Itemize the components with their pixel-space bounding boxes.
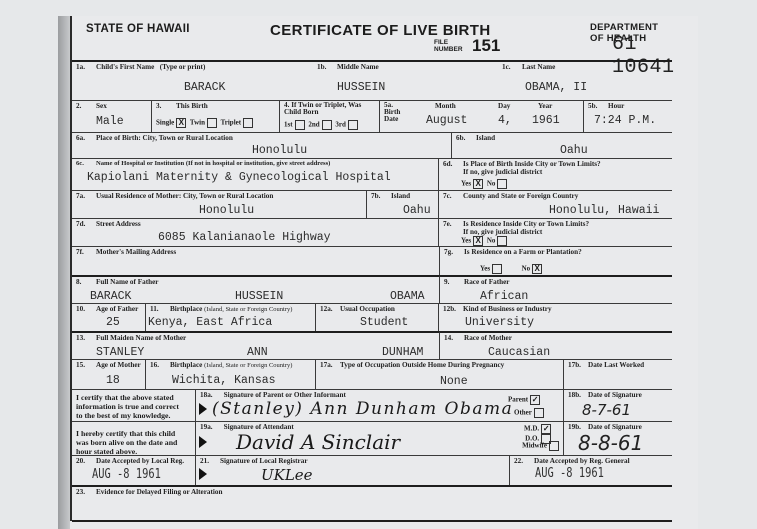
- single-checkbox[interactable]: X: [176, 118, 186, 128]
- birthplace-label: Birthplace: [170, 305, 202, 313]
- other-checkbox[interactable]: [534, 408, 544, 418]
- parent-checkbox[interactable]: ✓: [530, 395, 540, 405]
- field-number: 1a.: [76, 63, 96, 71]
- birth-date-label: Birth Date: [384, 108, 400, 123]
- father-first-name: BARACK: [90, 290, 131, 303]
- field-number: 6b.: [456, 134, 476, 142]
- delayed-filing-label: Evidence for Delayed Filing or Alteratio…: [96, 488, 223, 496]
- place-of-birth-label: Place of Birth: City, Town or Rural Loca…: [96, 134, 233, 142]
- parent-label: Parent: [508, 396, 528, 404]
- no-label: No: [487, 180, 496, 188]
- father-name-label: Full Name of Father: [96, 278, 158, 286]
- father-name-field: 8.Full Name of Father BARACK HUSSEIN OBA…: [72, 275, 439, 303]
- informant-signature-field: 18a. Signature of Parent or Other Inform…: [196, 389, 564, 421]
- field-number: 11.: [150, 305, 170, 313]
- street-address-field: 7d.Street Address 6085 Kalanianaole High…: [72, 218, 439, 246]
- informant-signature: (Stanley) Ann Dunham Obama: [212, 399, 513, 419]
- twin-label: Twin: [190, 119, 205, 127]
- middle-name-label: Middle Name: [337, 63, 379, 71]
- farm-plantation-label: Is Residence on a Farm or Plantation?: [464, 248, 582, 256]
- place-of-birth-field: 6a.Place of Birth: City, Town or Rural L…: [72, 132, 452, 158]
- father-race-field: 9.Race of Father African: [439, 275, 672, 303]
- occupation-during-pregnancy-label: Type of Occupation Outside Home During P…: [340, 361, 504, 369]
- local-reg-date-stamp: AUG -8 1961: [92, 467, 161, 482]
- field-number: 12a.: [320, 305, 340, 313]
- sex-label: Sex: [96, 102, 107, 110]
- midwife-checkbox[interactable]: [549, 441, 559, 451]
- date-last-worked-label: Date Last Worked: [588, 361, 644, 369]
- birth-hour-field: 5b.Hour 7:24 P.M.: [584, 100, 672, 132]
- child-name-row: 1a.Child's First Name (Type or print) 1b…: [72, 60, 672, 100]
- field-number: 7b.: [371, 192, 391, 200]
- field-number: 7c.: [443, 192, 463, 200]
- field-number: 7e.: [443, 220, 463, 228]
- county-state-label: County and State or Foreign Country: [463, 192, 578, 200]
- other-label: Other: [514, 409, 532, 417]
- father-last-name: OBAMA: [390, 290, 425, 303]
- birth-day: 4,: [498, 114, 512, 127]
- state-label: STATE OF HAWAII: [86, 23, 190, 35]
- informant-date-field: 18b.Date of Signature 8-7-61: [564, 389, 672, 421]
- birth-island-field: 6b.Island Oahu: [452, 132, 672, 158]
- occupation-label: Usual Occupation: [340, 305, 395, 313]
- mother-island: Oahu: [403, 204, 431, 217]
- field-number: 7f.: [76, 248, 96, 256]
- year-label: Year: [538, 102, 552, 110]
- hospital-label: Name of Hospital or Institution (If not …: [96, 160, 330, 167]
- type-or-print-note: (Type or print): [160, 63, 206, 71]
- mother-residence-city: Honolulu: [199, 204, 254, 217]
- birth-island: Oahu: [560, 144, 588, 157]
- field-number: 5b.: [588, 102, 608, 110]
- no-checkbox[interactable]: X: [532, 264, 542, 274]
- mailing-address-field: 7f.Mother's Mailing Address: [72, 246, 439, 275]
- father-birthplace-field: 11.Birthplace (Island, State or Foreign …: [146, 303, 316, 331]
- attendant-certification-text: I hereby certify that this child was bor…: [72, 421, 196, 455]
- mother-race-field: 14.Race of Mother Caucasian: [439, 331, 672, 359]
- birth-month: August: [426, 114, 467, 127]
- residence-inside-limits-field: 7e.Is Residence Inside City or Town Limi…: [439, 218, 672, 246]
- midwife-label: Midwife: [522, 442, 547, 450]
- mother-occupation: None: [440, 375, 468, 388]
- third-checkbox[interactable]: [348, 120, 358, 130]
- field-number: 19a.: [200, 423, 220, 431]
- county-state-field: 7c.County and State or Foreign Country H…: [439, 190, 672, 218]
- local-reg-date-field: 20.Date Accepted by Local Reg. AUG -8 19…: [72, 455, 196, 485]
- father-race: African: [480, 290, 528, 303]
- field-number: 7g.: [444, 248, 464, 256]
- month-label: Month: [435, 102, 456, 110]
- local-reg-date-label: Date Accepted by Local Reg.: [96, 457, 184, 465]
- mother-occupation-field: 17a.Type of Occupation Outside Home Duri…: [316, 359, 564, 389]
- date-of-signature-label: Date of Signature: [588, 423, 642, 431]
- island-label: Island: [476, 134, 495, 142]
- triplet-label: Triplet: [221, 119, 241, 127]
- child-middle-name: HUSSEIN: [337, 81, 385, 94]
- child-first-name-label: Child's First Name: [96, 63, 154, 71]
- local-registrar-signature: UKLee: [261, 466, 313, 484]
- last-name-label: Last Name: [522, 63, 555, 71]
- form-bottom-border: [72, 520, 672, 522]
- judicial-district-note: If no, give judicial district: [463, 168, 542, 176]
- birthplace-label: Birthplace: [170, 361, 202, 369]
- yes-checkbox[interactable]: X: [473, 179, 483, 189]
- father-industry-field: 12b.Kind of Business or Industry Univers…: [439, 303, 672, 331]
- signature-arrow-icon: [199, 436, 207, 448]
- sex-field: 2.Sex Male: [72, 100, 152, 132]
- mailing-address-label: Mother's Mailing Address: [96, 248, 176, 256]
- triplet-checkbox[interactable]: [243, 118, 253, 128]
- father-birthplace: Kenya, East Africa: [148, 316, 272, 329]
- judicial-district-note: If no, give judicial district: [463, 228, 542, 236]
- field-number: 8.: [76, 278, 96, 286]
- birthplace-note: (Island, State or Foreign Country): [204, 362, 292, 369]
- father-industry: University: [465, 316, 534, 329]
- farm-plantation-field: 7g.Is Residence on a Farm or Plantation?…: [439, 246, 672, 275]
- second-checkbox[interactable]: [322, 120, 332, 130]
- field-number: 20.: [76, 457, 96, 465]
- no-checkbox[interactable]: [497, 236, 507, 246]
- industry-label: Kind of Business or Industry: [463, 305, 552, 313]
- father-race-label: Race of Father: [464, 278, 510, 286]
- yes-checkbox[interactable]: X: [473, 236, 483, 246]
- county-state: Honolulu, Hawaii: [549, 204, 659, 217]
- second-label: 2nd: [308, 121, 319, 129]
- field-number: 1c.: [502, 63, 522, 71]
- attendant-signature-date: 8-8-61: [578, 431, 643, 455]
- attendant-signature-field: 19a. Signature of Attendant David A Sinc…: [196, 421, 564, 455]
- md-checkbox[interactable]: ✓: [541, 424, 551, 434]
- field-number: 18b.: [568, 391, 588, 399]
- field-number: 17a.: [320, 361, 340, 369]
- md-label: M.D.: [524, 425, 539, 433]
- child-last-name: OBAMA, II: [525, 81, 587, 94]
- mother-residence-field: 7a.Usual Residence of Mother: City, Town…: [72, 190, 367, 218]
- delayed-filing-field: 23.Evidence for Delayed Filing or Altera…: [72, 485, 672, 520]
- field-number: 16.: [150, 361, 170, 369]
- mother-race: Caucasian: [488, 346, 550, 359]
- field-number: 17b.: [568, 361, 588, 369]
- hospital-name: Kapiolani Maternity & Gynecological Hosp…: [87, 171, 391, 184]
- field-number: 1b.: [317, 63, 337, 71]
- yes-label: Yes: [461, 180, 471, 188]
- no-label: No: [522, 265, 531, 273]
- yes-label: Yes: [480, 265, 490, 273]
- field-number: 6a.: [76, 134, 96, 142]
- birth-year: 1961: [532, 114, 560, 127]
- no-checkbox[interactable]: [497, 179, 507, 189]
- field-number: 21.: [200, 457, 220, 465]
- field-number: 3.: [156, 102, 176, 110]
- mother-island-field: 7b.Island Oahu: [367, 190, 439, 218]
- this-birth-field: 3.This Birth SingleX Twin Triplet: [152, 100, 280, 132]
- child-first-name: BARACK: [184, 81, 225, 94]
- twin-order-label: If Twin or Triplet, Was Child Born: [284, 101, 361, 116]
- reg-general-date-stamp: AUG -8 1961: [535, 466, 604, 481]
- field-number: 13.: [76, 334, 96, 342]
- third-label: 3rd: [335, 121, 346, 129]
- informant-signature-label: Signature of Parent or Other Informant: [224, 391, 346, 399]
- birth-date-field: 5a. Birth Date Month Day Year August 4, …: [380, 100, 584, 132]
- file-number-label: FILE NUMBER: [434, 39, 464, 53]
- mother-last-name: DUNHAM: [382, 346, 423, 359]
- island-label: Island: [391, 192, 410, 200]
- attendant-date-field: 19b.Date of Signature 8-8-61: [564, 421, 672, 455]
- father-age-label: Age of Father: [96, 305, 138, 313]
- field-number: 9.: [444, 278, 464, 286]
- mother-race-label: Race of Mother: [464, 334, 512, 342]
- mother-birthplace: Wichita, Kansas: [172, 374, 276, 387]
- mother-age-field: 15.Age of Mother 18: [72, 359, 146, 389]
- field-number: 7d.: [76, 220, 96, 228]
- local-registrar-label: Signature of Local Registrar: [220, 457, 308, 465]
- certificate-title: CERTIFICATE OF LIVE BIRTH: [270, 22, 491, 39]
- reg-general-date-label: Date Accepted by Reg. General: [534, 457, 630, 465]
- date-last-worked-field: 17b.Date Last Worked: [564, 359, 672, 389]
- father-occupation-field: 12a.Usual Occupation Student: [316, 303, 439, 331]
- twin-order-field: 4. If Twin or Triplet, Was Child Born 1s…: [280, 100, 380, 132]
- this-birth-label: This Birth: [176, 102, 208, 110]
- first-checkbox[interactable]: [295, 120, 305, 130]
- mother-first-name: STANLEY: [96, 346, 144, 359]
- field-number: 23.: [76, 488, 96, 496]
- hour-label: Hour: [608, 102, 624, 110]
- father-age-field: 10.Age of Father 25: [72, 303, 146, 331]
- birth-certificate-form: STATE OF HAWAII CERTIFICATE OF LIVE BIRT…: [70, 16, 672, 521]
- twin-checkbox[interactable]: [207, 118, 217, 128]
- field-number: 19b.: [568, 423, 588, 431]
- binding-edge: [58, 16, 70, 529]
- inside-limits-label: Is Place of Birth Inside City or Town Li…: [463, 160, 601, 168]
- yes-checkbox[interactable]: [492, 264, 502, 274]
- first-label: 1st: [284, 121, 293, 129]
- local-registrar-signature-field: 21.Signature of Local Registrar UKLee: [196, 455, 510, 485]
- informant-signature-date: 8-7-61: [582, 401, 631, 419]
- mother-birthplace-field: 16.Birthplace (Island, State or Foreign …: [146, 359, 316, 389]
- field-number: 18a.: [200, 391, 220, 399]
- certificate-header: STATE OF HAWAII CERTIFICATE OF LIVE BIRT…: [72, 16, 672, 60]
- birth-hour: 7:24 P.M.: [594, 114, 656, 127]
- yes-label: Yes: [461, 237, 471, 245]
- father-occupation: Student: [360, 316, 408, 329]
- day-label: Day: [498, 102, 510, 110]
- file-number: 151: [472, 36, 500, 56]
- mother-maiden-name-field: 13.Full Maiden Name of Mother STANLEY AN…: [72, 331, 439, 359]
- place-of-birth: Honolulu: [252, 144, 307, 157]
- sex-value: Male: [96, 115, 124, 128]
- field-number: 12b.: [443, 305, 463, 313]
- father-age: 25: [106, 316, 120, 329]
- field-number: 6d.: [443, 160, 463, 168]
- field-number: 6c.: [76, 160, 96, 167]
- attendant-signature: David A Sinclair: [236, 430, 400, 454]
- single-label: Single: [156, 119, 174, 127]
- mother-age-label: Age of Mother: [96, 361, 141, 369]
- street-address-label: Street Address: [96, 220, 141, 228]
- no-label: No: [487, 237, 496, 245]
- date-of-signature-label: Date of Signature: [588, 391, 642, 399]
- signature-arrow-icon: [199, 403, 207, 415]
- birthplace-note: (Island, State or Foreign Country): [204, 306, 292, 313]
- mother-maiden-name-label: Full Maiden Name of Mother: [96, 334, 186, 342]
- field-number: 7a.: [76, 192, 96, 200]
- mother-age: 18: [106, 374, 120, 387]
- mother-middle-name: ANN: [247, 346, 268, 359]
- mother-residence-label: Usual Residence of Mother: City, Town or…: [96, 192, 273, 200]
- reg-general-date-field: 22.Date Accepted by Reg. General AUG -8 …: [510, 455, 672, 485]
- field-number: 2.: [76, 102, 96, 110]
- street-address: 6085 Kalanianaole Highway: [158, 231, 331, 244]
- informant-certification-text: I certify that the above stated informat…: [72, 389, 196, 421]
- field-number: 22.: [514, 457, 534, 465]
- hospital-field: 6c.Name of Hospital or Institution (If n…: [72, 158, 439, 190]
- residence-inside-limits-label: Is Residence Inside City or Town Limits?: [463, 220, 589, 228]
- field-number: 14.: [444, 334, 464, 342]
- field-number: 10.: [76, 305, 96, 313]
- birth-inside-limits-field: 6d.Is Place of Birth Inside City or Town…: [439, 158, 672, 190]
- signature-arrow-icon: [199, 468, 207, 480]
- father-middle-name: HUSSEIN: [235, 290, 283, 303]
- field-number: 15.: [76, 361, 96, 369]
